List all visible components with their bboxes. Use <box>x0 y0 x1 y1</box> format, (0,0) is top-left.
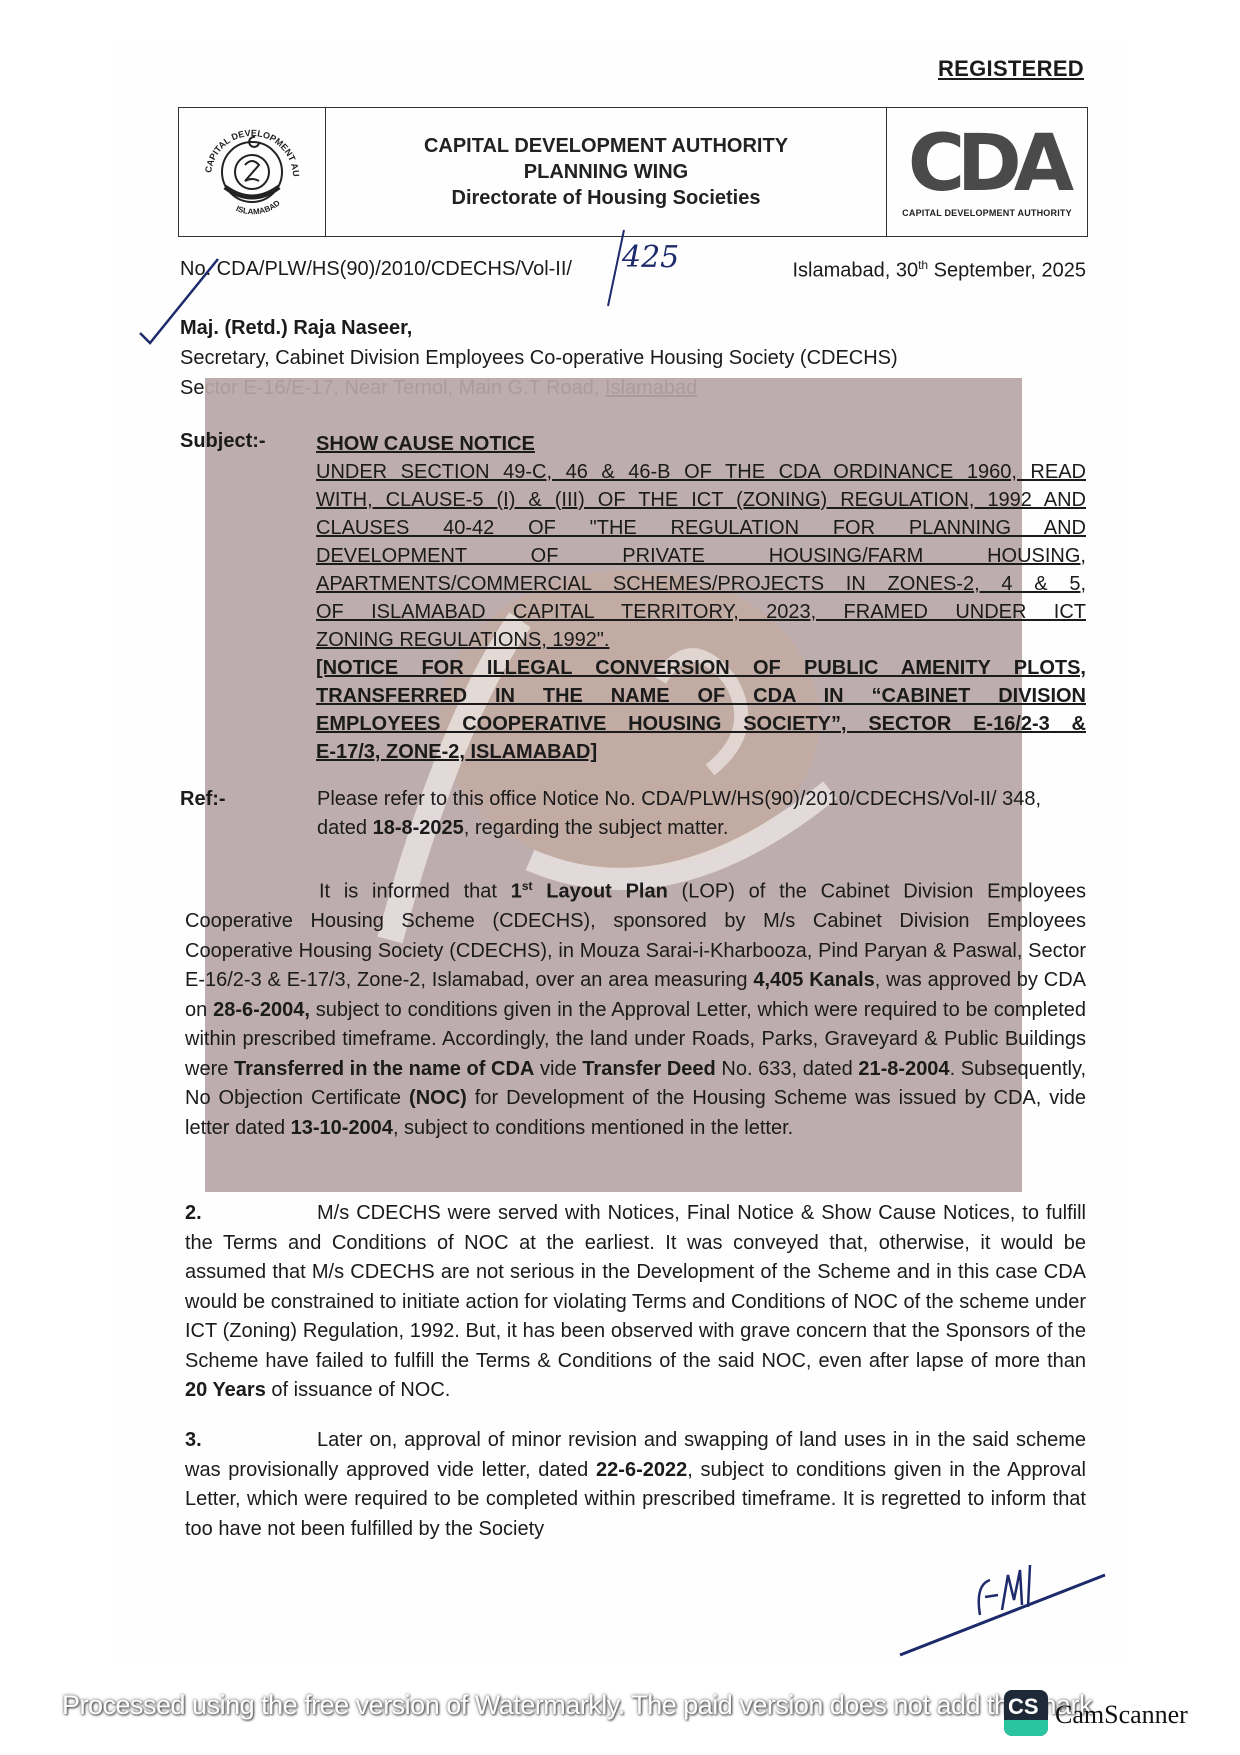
subject-line: CLAUSES 40-42 OF "THE REGULATION FOR PLA… <box>316 514 1086 542</box>
ref-text: Please refer to this office Notice No. C… <box>317 785 1086 843</box>
subject-notice-line: EMPLOYEES COOPERATIVE HOUSING SOCIETY”, … <box>316 710 1086 738</box>
cda-seal-icon: CAPITAL DEVELOPMENT AUTHORITY ISLAMABAD <box>197 117 307 227</box>
subject-line: UNDER SECTION 49-C, 46 & 46-B OF THE CDA… <box>316 458 1086 486</box>
ref-label: Ref:- <box>180 785 226 814</box>
addressee-designation: Secretary, Cabinet Division Employees Co… <box>180 343 898 373</box>
handwritten-slash-mark <box>600 228 630 308</box>
subject-body: SHOW CAUSE NOTICE UNDER SECTION 49-C, 46… <box>316 430 1086 766</box>
subject-line: DEVELOPMENT OF PRIVATE HOUSING/FARM HOUS… <box>316 542 1086 570</box>
subject-line: ZONING REGULATIONS, 1992". <box>316 626 1086 654</box>
subject-label: Subject:- <box>180 430 266 453</box>
paragraph-3: 3.Later on, approval of minor revision a… <box>185 1426 1086 1544</box>
addressee-name: Maj. (Retd.) Raja Naseer, <box>180 313 898 343</box>
registered-stamp: REGISTERED <box>938 56 1084 82</box>
subject-line: APARTMENTS/COMMERCIAL SCHEMES/PROJECTS I… <box>316 570 1086 598</box>
cda-seal: CAPITAL DEVELOPMENT AUTHORITY ISLAMABAD <box>179 108 326 236</box>
cda-logo: CDA CAPITAL DEVELOPMENT AUTHORITY <box>886 108 1087 236</box>
handwritten-letter-number: 425 <box>622 240 679 275</box>
paragraph-1: It is informed that 1st Layout Plan (LOP… <box>185 872 1086 1143</box>
subject-line: WITH, CLAUSE-5 (I) & (III) OF THE ICT (Z… <box>316 486 1086 514</box>
subject-notice-line: [NOTICE FOR ILLEGAL CONVERSION OF PUBLIC… <box>316 654 1086 682</box>
camscanner-logo-icon: CS <box>1004 1690 1048 1736</box>
place-and-date: Islamabad, 30th September, 2025 <box>792 258 1086 283</box>
subject-line: OF ISLAMABAD CAPITAL TERRITORY, 2023, FR… <box>316 598 1086 626</box>
directorate-name: Directorate of Housing Societies <box>452 185 761 211</box>
camscanner-name: CamScanner <box>1055 1700 1188 1730</box>
cda-logo-caption: CAPITAL DEVELOPMENT AUTHORITY <box>902 208 1072 218</box>
organization-name: CAPITAL DEVELOPMENT AUTHORITY <box>424 133 788 159</box>
cda-logo-icon: CDA <box>908 126 1066 202</box>
signature-icon <box>890 1545 1110 1665</box>
paragraph-2: 2.M/s CDECHS were served with Notices, F… <box>185 1199 1086 1406</box>
subject-title: SHOW CAUSE NOTICE <box>316 430 1086 458</box>
watermarkly-footer-text: Processed using the free version of Wate… <box>62 1690 1092 1721</box>
paragraph-number: 2. <box>185 1199 317 1229</box>
letter-number: No. CDA/PLW/HS(90)/2010/CDECHS/Vol-II/ <box>180 258 572 283</box>
wing-name: PLANNING WING <box>524 159 688 185</box>
letterhead-title-block: CAPITAL DEVELOPMENT AUTHORITY PLANNING W… <box>326 108 886 236</box>
svg-text:CAPITAL DEVELOPMENT AUTHORITY: CAPITAL DEVELOPMENT AUTHORITY <box>197 117 301 177</box>
subject-notice-line: TRANSFERRED IN THE NAME OF CDA IN “CABIN… <box>316 682 1086 710</box>
subject-notice-line: E-17/3, ZONE-2, ISLAMABAD] <box>316 738 1086 766</box>
paragraph-number: 3. <box>185 1426 317 1456</box>
letterhead: CAPITAL DEVELOPMENT AUTHORITY ISLAMABAD … <box>178 107 1088 237</box>
